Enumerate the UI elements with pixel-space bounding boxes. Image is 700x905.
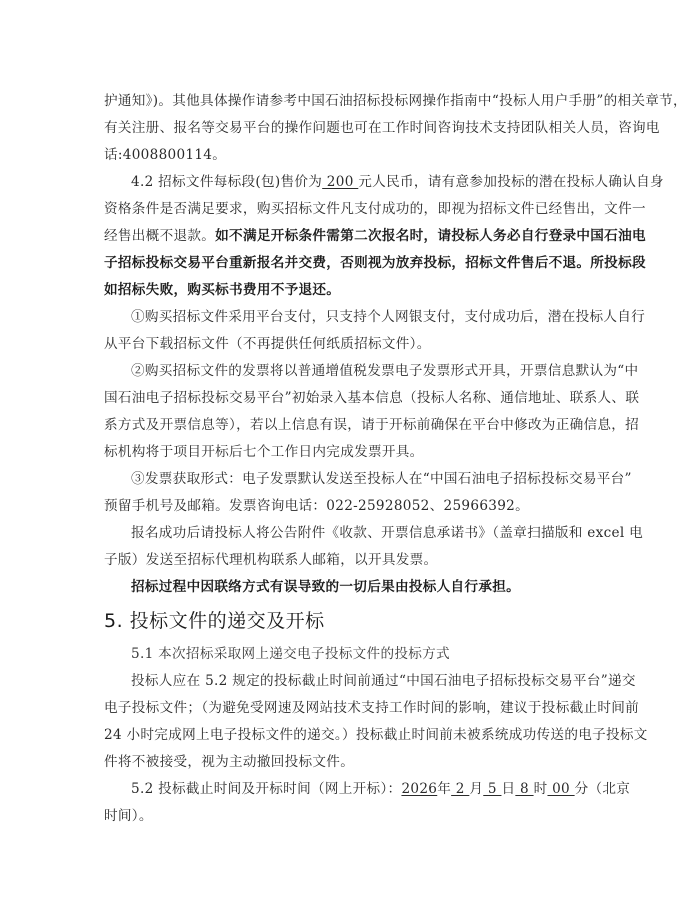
- section-4-2-line: 4.2 招标文件每标段(包)售价为 200 元人民币，请有意参加投标的潜在投标人…: [104, 169, 604, 196]
- text-line: 经售出概不退款。如不满足开标条件需第二次报名时，请投标人务必自行登录中国石油电: [104, 223, 604, 250]
- text-line: 时间）。: [104, 803, 604, 830]
- item-1-line: ①购买招标文件采用平台支付，只支持个人网银支付，支付成功后，潜在投标人自行: [104, 304, 604, 331]
- text: 4.2 招标文件每标段(包)售价为: [131, 174, 322, 190]
- item-3-line: ③发票获取形式：电子发票默认发送至投标人在“中国石油电子招标投标交易平台”: [104, 466, 604, 493]
- deadline-year: 2026: [401, 781, 437, 797]
- text: 时: [534, 781, 548, 797]
- deadline-minute: 00: [547, 781, 574, 797]
- text: 5.2 投标截止时间及开标时间（网上开标）：: [131, 781, 401, 797]
- deadline-day: 5: [483, 781, 501, 797]
- text-line: 预留手机号及邮箱。发票咨询电话：022-25928052、25966392。: [104, 493, 604, 520]
- bold-note: 招标过程中因联络方式有误导致的一切后果由投标人自行承担。: [104, 574, 604, 601]
- text-line: 电子投标文件；（为避免受网速及网站技术支持工作时间的影响，建议于投标截止时间前: [104, 695, 604, 722]
- text-line: 24 小时完成网上电子投标文件的递交。）投标截止时间前未被系统成功传送的电子投标…: [104, 722, 604, 749]
- item-2-line: ②购买招标文件的发票将以普通增值税发票电子发票形式开具，开票信息默认为“中: [104, 358, 604, 385]
- text-line: 标机构将于项目开标后七个工作日内完成发票开具。: [104, 439, 604, 466]
- invoice-note-line: 报名成功后请投标人将公告附件《收款、开票信息承诺书》（盖章扫描版和 excel …: [104, 520, 604, 547]
- text-line: 国石油电子招标投标交易平台”初始录入基本信息（投标人名称、通信地址、联系人、联: [104, 385, 604, 412]
- bold-line: 子招标投标交易平台重新报名并交费，否则视为放弃投标，招标文件售后不退。所投标段: [104, 250, 604, 277]
- document-page: 护通知》)。其他具体操作请参考中国石油招标投标网操作指南中“投标人用户手册”的相…: [104, 88, 604, 830]
- deadline-month: 2: [451, 781, 469, 797]
- text: 年: [437, 781, 451, 797]
- text-line: 子版）发送至招标代理机构联系人邮箱，以开具发票。: [104, 547, 604, 574]
- text-line: 系方式及开票信息等），若以上信息有误，请于开标前确保在平台中修改为正确信息，招: [104, 412, 604, 439]
- text: 经售出概不退款。: [104, 228, 215, 244]
- text-line: 话:4008800114。: [104, 142, 604, 169]
- text-line: 投标人应在 5.2 规定的投标截止时间前通过“中国石油电子招标投标交易平台”递交: [104, 668, 604, 695]
- bold-text: 如不满足开标条件需第二次报名时，请投标人务必自行登录中国石油电: [215, 228, 646, 244]
- price-value: 200: [322, 174, 358, 190]
- section-5-heading: 5. 投标文件的递交及开标: [104, 603, 604, 639]
- text: 月: [469, 781, 483, 797]
- deadline-line: 5.2 投标截止时间及开标时间（网上开标）：2026年 2 月 5 日 8 时 …: [104, 776, 604, 803]
- text-line: 件将不被接受，视为主动撤回投标文件。: [104, 749, 604, 776]
- text-line: 从平台下载招标文件（不再提供任何纸质招标文件）。: [104, 331, 604, 358]
- text: 分（北京: [575, 781, 631, 797]
- text-line: 有关注册、报名等交易平台的操作问题也可在工作时间咨询技术支持团队相关人员，咨询电: [104, 115, 604, 142]
- bold-line: 如招标失败，购买标书费用不予退还。: [104, 277, 604, 304]
- text-line: 护通知》)。其他具体操作请参考中国石油招标投标网操作指南中“投标人用户手册”的相…: [104, 88, 604, 115]
- text-line: 资格条件是否满足要求，购买招标文件凡支付成功的，即视为招标文件已经售出，文件一: [104, 196, 604, 223]
- text: 元人民币，请有意参加投标的潜在投标人确认自身: [358, 174, 664, 190]
- text: 日: [501, 781, 515, 797]
- deadline-hour: 8: [515, 781, 533, 797]
- subsection-5-1: 5.1 本次招标采取网上递交电子投标文件的投标方式: [104, 641, 604, 668]
